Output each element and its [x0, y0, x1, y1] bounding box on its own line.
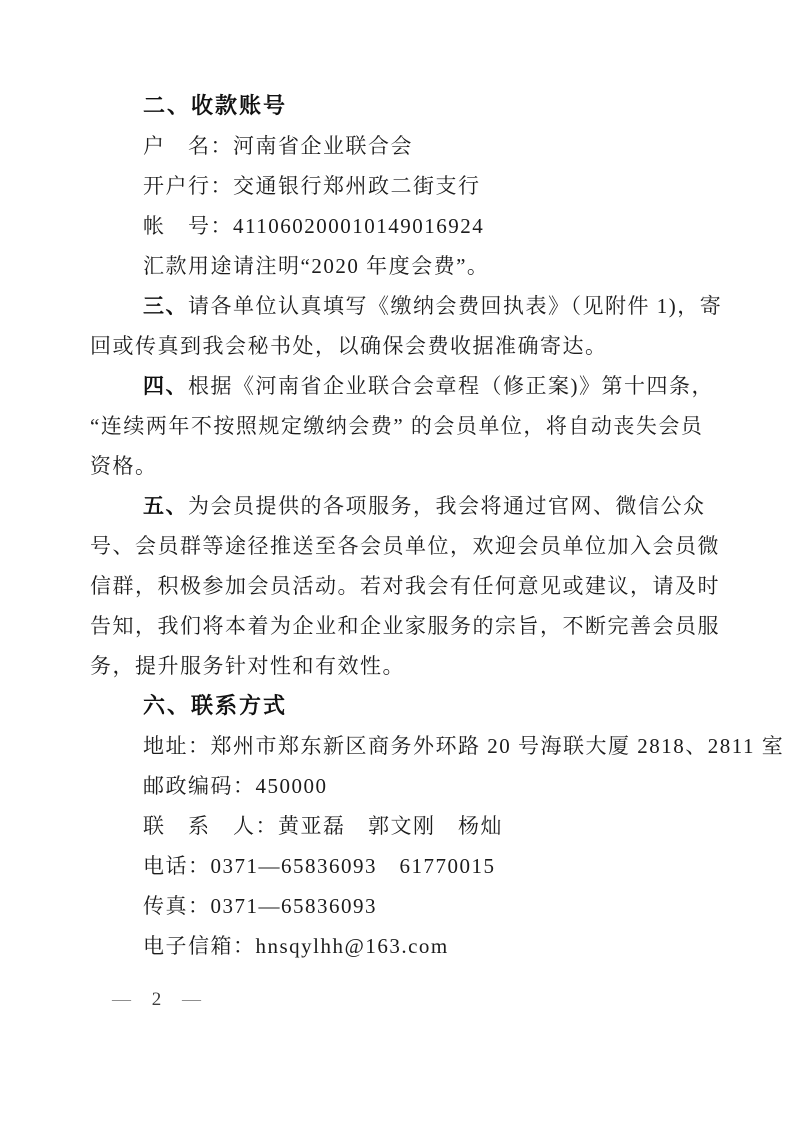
line-text: 根据《河南省企业联合会章程（修正案)》第十四条， [188, 374, 714, 398]
text-line: 联 系 人：黄亚磊 郭文刚 杨灿 [90, 806, 706, 846]
text-line: 电话：0371—65836093 61770015 [90, 846, 706, 886]
text-line: 帐 号：411060200010149016924 [90, 206, 706, 246]
line-text: 电话：0371—65836093 61770015 [143, 854, 496, 878]
line-text: 为会员提供的各项服务，我会将通过官网、微信公众 [188, 494, 706, 518]
footer-dash-left: — [112, 989, 132, 1010]
text-line: 四、根据《河南省企业联合会章程（修正案)》第十四条， [90, 366, 706, 406]
text-line: “连续两年不按照规定缴纳会费” 的会员单位，将自动丧失会员 [90, 406, 706, 446]
document-page: 二、收款账号户 名：河南省企业联合会开户行：交通银行郑州政二街支行帐 号：411… [0, 0, 794, 1123]
text-line: 回或传真到我会秘书处，以确保会费收据准确寄达。 [90, 326, 706, 366]
paragraph-number: 四、 [143, 375, 188, 398]
line-text: 开户行：交通银行郑州政二街支行 [143, 174, 481, 198]
line-text: 汇款用途请注明“2020 年度会费”。 [143, 254, 489, 278]
text-line: 号、会员群等途径推送至各会员单位，欢迎会员单位加入会员微 [90, 526, 706, 566]
section-heading: 二、收款账号 [90, 86, 706, 126]
page-footer: — 2 — [112, 986, 202, 1014]
text-line: 五、为会员提供的各项服务，我会将通过官网、微信公众 [90, 486, 706, 526]
paragraph-number: 三、 [143, 295, 188, 318]
footer-dash-right: — [182, 989, 202, 1010]
line-text: 邮政编码：450000 [143, 774, 328, 798]
text-line: 邮政编码：450000 [90, 766, 706, 806]
text-line: 汇款用途请注明“2020 年度会费”。 [90, 246, 706, 286]
line-text: 号、会员群等途径推送至各会员单位，欢迎会员单位加入会员微 [90, 534, 720, 558]
line-text: 地址：郑州市郑东新区商务外环路 20 号海联大厦 2818、2811 室 [143, 734, 784, 758]
line-text: 户 名：河南省企业联合会 [143, 134, 413, 158]
line-text: 请各单位认真填写《缴纳会费回执表》（见附件 1)，寄 [188, 294, 722, 318]
line-text: 联 系 人：黄亚磊 郭文刚 杨灿 [143, 814, 503, 838]
text-line: 信群，积极参加会员活动。若对我会有任何意见或建议，请及时 [90, 566, 706, 606]
line-text: “连续两年不按照规定缴纳会费” 的会员单位，将自动丧失会员 [90, 414, 703, 438]
text-line: 三、请各单位认真填写《缴纳会费回执表》（见附件 1)，寄 [90, 286, 706, 326]
line-text: 二、收款账号 [143, 93, 287, 118]
text-line: 电子信箱：hnsqylhh@163.com [90, 926, 706, 966]
line-text: 告知，我们将本着为企业和企业家服务的宗旨，不断完善会员服 [90, 614, 720, 638]
text-line: 告知，我们将本着为企业和企业家服务的宗旨，不断完善会员服 [90, 606, 706, 646]
line-text: 务，提升服务针对性和有效性。 [90, 654, 405, 678]
text-line: 开户行：交通银行郑州政二街支行 [90, 166, 706, 206]
text-line: 户 名：河南省企业联合会 [90, 126, 706, 166]
document-body: 二、收款账号户 名：河南省企业联合会开户行：交通银行郑州政二街支行帐 号：411… [90, 86, 706, 966]
text-line: 资格。 [90, 446, 706, 486]
line-text: 回或传真到我会秘书处，以确保会费收据准确寄达。 [90, 334, 608, 358]
line-text: 资格。 [90, 454, 158, 478]
line-text: 信群，积极参加会员活动。若对我会有任何意见或建议，请及时 [90, 574, 720, 598]
paragraph-number: 五、 [143, 495, 188, 518]
line-text: 六、联系方式 [143, 693, 287, 718]
line-text: 传真：0371—65836093 [143, 894, 377, 918]
line-text: 电子信箱：hnsqylhh@163.com [143, 934, 449, 958]
page-number: 2 [152, 989, 163, 1010]
text-line: 地址：郑州市郑东新区商务外环路 20 号海联大厦 2818、2811 室 [90, 726, 706, 766]
line-text: 帐 号：411060200010149016924 [143, 214, 484, 238]
text-line: 务，提升服务针对性和有效性。 [90, 646, 706, 686]
section-heading: 六、联系方式 [90, 686, 706, 726]
text-line: 传真：0371—65836093 [90, 886, 706, 926]
